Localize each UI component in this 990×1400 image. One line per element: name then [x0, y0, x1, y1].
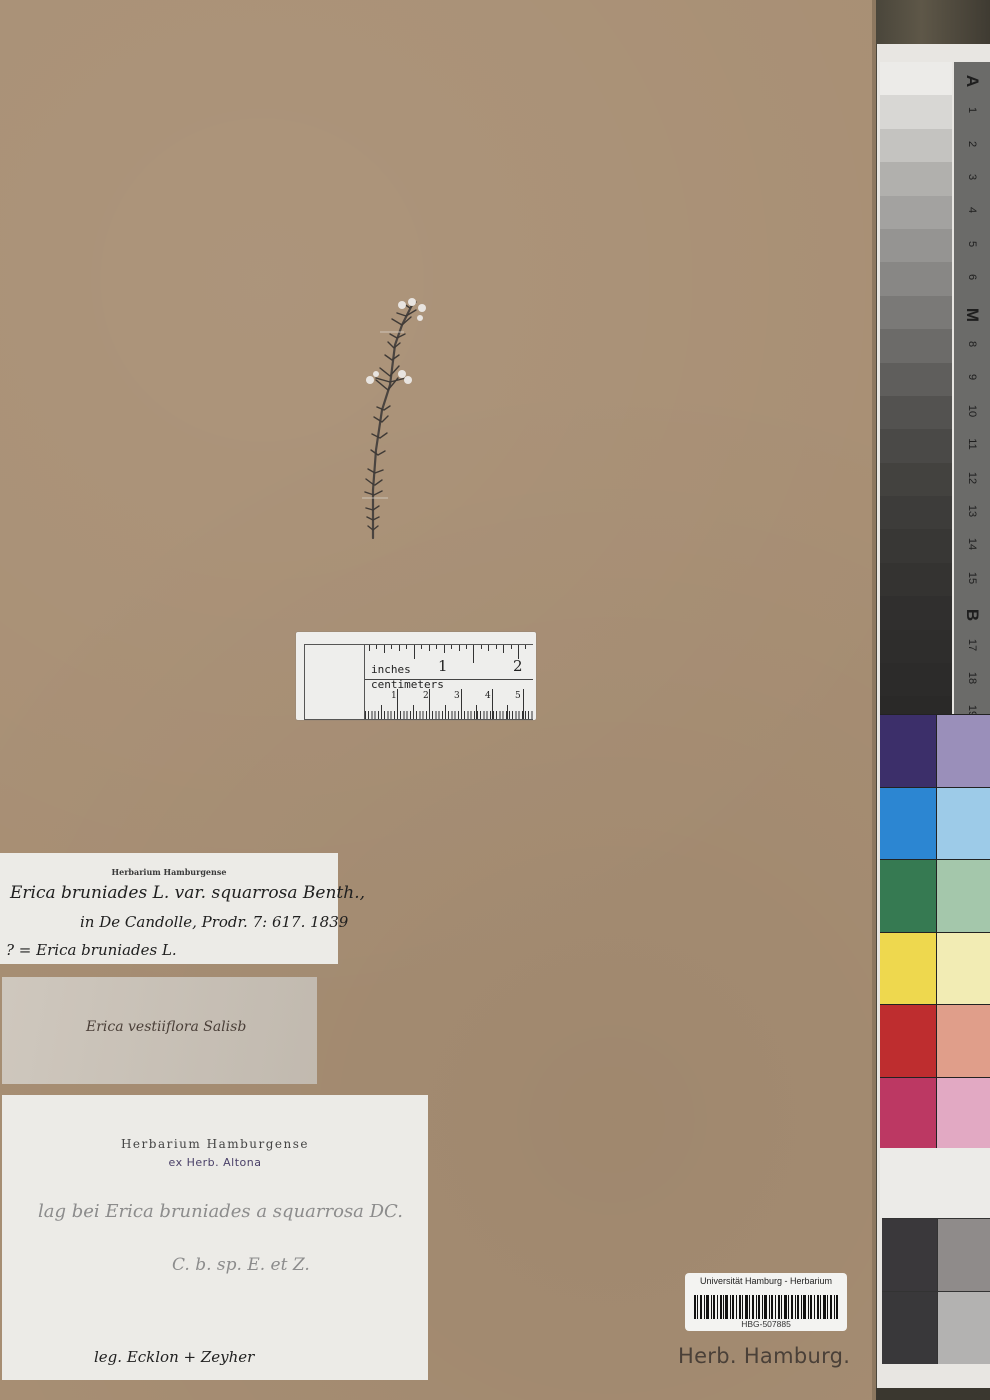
swatch-row	[880, 1077, 990, 1150]
scale-mark: 17	[966, 627, 978, 663]
herbarium-stamp: Herb. Hamburg.	[678, 1344, 850, 1368]
swatch-row	[880, 787, 990, 860]
scale-mark: 18	[966, 660, 978, 696]
gray-step-14	[880, 529, 952, 562]
inches-label: inches	[371, 663, 411, 676]
scale-mark: 5	[966, 226, 978, 262]
dark-swatch	[938, 1292, 990, 1364]
color-swatch	[880, 1078, 937, 1150]
gray-step-7	[880, 296, 952, 329]
determination-line-2: in De Candolle, Prodr. 7: 617. 1839	[80, 913, 348, 931]
scale-mark: 9	[966, 359, 978, 395]
provenance-stamp: ex Herb. Altona	[2, 1156, 428, 1169]
gray-step-16	[880, 596, 952, 629]
dark-swatch	[882, 1292, 938, 1364]
dark-swatch-grid	[882, 1218, 990, 1364]
scanner-background-bottom	[876, 1388, 990, 1400]
dark-swatch	[938, 1219, 990, 1291]
scale-mark: 14	[966, 526, 978, 562]
old-label-text: Erica vestiiflora Salisb	[86, 1019, 246, 1035]
gray-step-4	[880, 196, 952, 229]
gray-step-18	[880, 663, 952, 696]
scale-mark: 11	[966, 426, 978, 462]
scale-mark: 1	[966, 92, 978, 128]
white-reference-patch	[880, 1148, 990, 1218]
gray-step-6	[880, 262, 952, 295]
swatch-row	[880, 714, 990, 787]
label-header: Herbarium Hamburgense	[0, 867, 338, 877]
gray-step-2	[880, 129, 952, 162]
main-label-header: Herbarium Hamburgense	[2, 1137, 428, 1151]
dark-swatch-row	[882, 1218, 990, 1291]
barcode-icon	[694, 1295, 838, 1319]
color-swatch	[937, 1005, 990, 1077]
scale-mark: 2	[966, 126, 978, 162]
measurement-ruler: inches 1 2 centimeters 1 2 3 4 5	[296, 632, 536, 720]
centimeters-label: centimeters	[371, 678, 444, 691]
color-swatch	[937, 933, 990, 1005]
cm-mark-1: 1	[391, 691, 397, 701]
swatch-row	[880, 1004, 990, 1077]
color-swatch	[880, 860, 937, 932]
old-label: Erica vestiiflora Salisb	[2, 977, 317, 1084]
color-swatch	[937, 788, 990, 860]
gray-step-1	[880, 95, 952, 128]
scale-mark: 3	[966, 159, 978, 195]
dark-swatch-row	[882, 1291, 990, 1364]
cm-mark-2: 2	[423, 691, 429, 701]
color-swatch	[880, 1005, 937, 1077]
inch-mark-2: 2	[513, 657, 523, 675]
color-swatch-grid	[880, 714, 990, 1149]
cm-mark-5: 5	[515, 691, 521, 701]
cm-mark-3: 3	[454, 691, 460, 701]
scale-mark: 6	[966, 259, 978, 295]
gray-step-8	[880, 329, 952, 362]
gray-step-12	[880, 463, 952, 496]
determination-line-3: ? = Erica bruniades L.	[6, 941, 177, 959]
gray-step-5	[880, 229, 952, 262]
color-swatch	[937, 1078, 990, 1150]
ruler-scale: inches 1 2 centimeters 1 2 3 4 5	[364, 644, 533, 720]
collector-note: leg. Ecklon + Zeyher	[94, 1348, 254, 1366]
scale-mark: 12	[966, 460, 978, 496]
determination-line-1: Erica bruniades L. var. squarrosa Benth.…	[10, 883, 365, 903]
gray-step-10	[880, 396, 952, 429]
scale-mark: 8	[966, 326, 978, 362]
swatch-row	[880, 932, 990, 1005]
gray-scale-strip	[880, 62, 952, 730]
scale-mark: 15	[966, 560, 978, 596]
main-label: Herbarium Hamburgense ex Herb. Altona la…	[2, 1095, 428, 1380]
scale-mark: 4	[966, 192, 978, 228]
color-swatch	[880, 788, 937, 860]
gray-step-15	[880, 563, 952, 596]
ruler-blank-box	[304, 644, 365, 720]
color-swatch	[880, 715, 937, 787]
determination-label: Herbarium Hamburgense Erica bruniades L.…	[0, 853, 338, 964]
swatch-row	[880, 859, 990, 932]
scale-mark: 13	[966, 493, 978, 529]
gray-step-9	[880, 363, 952, 396]
inch-mark-1: 1	[438, 657, 448, 675]
pencil-note-1: lag bei Erica bruniades a squarrosa DC.	[38, 1201, 403, 1222]
gray-scale-labels: A123456M89101112131415B171819	[954, 62, 990, 730]
pencil-note-2: C. b. sp. E. et Z.	[172, 1255, 310, 1275]
gray-step-13	[880, 496, 952, 529]
scale-mark: 10	[966, 393, 978, 429]
gray-step-17	[880, 630, 952, 663]
barcode-id: HBG-507885	[685, 1319, 847, 1329]
dark-swatch	[882, 1219, 938, 1291]
color-swatch	[937, 860, 990, 932]
barcode-label: Universität Hamburg - Herbarium HBG-5078…	[685, 1273, 847, 1331]
color-calibration-target: A123456M89101112131415B171819	[877, 44, 990, 1390]
gray-step-3	[880, 162, 952, 195]
gray-step-0	[880, 62, 952, 95]
barcode-institution: Universität Hamburg - Herbarium	[685, 1276, 847, 1286]
color-swatch	[937, 715, 990, 787]
cm-mark-4: 4	[485, 691, 491, 701]
gray-step-11	[880, 429, 952, 462]
plant-specimen	[340, 290, 450, 540]
color-swatch	[880, 933, 937, 1005]
